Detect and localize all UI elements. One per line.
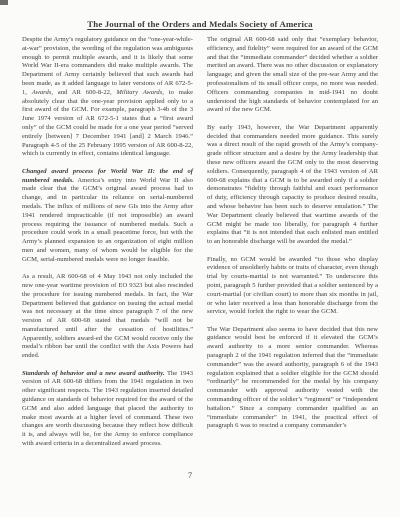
text-run: Awards, xyxy=(32,89,53,96)
text-run: Finally, no GCM would be awarded “to tho… xyxy=(207,256,378,316)
paragraph: As a result, AR 600-68 of 4 May 1943 not… xyxy=(22,273,193,361)
text-run: The 1943 version of AR 600-68 differs fr… xyxy=(22,370,193,447)
text-run: By early 1943, however, the War Departme… xyxy=(207,124,378,245)
text-run: The War Department also seems to have de… xyxy=(207,326,378,430)
paragraph: Despite the Army’s regulatory guidance o… xyxy=(22,36,193,159)
scan-artifact xyxy=(0,0,8,5)
text-run: Military Awards, xyxy=(116,89,164,96)
text-run: Despite the Army’s regulatory guidance o… xyxy=(22,36,193,96)
text-run: and AR 600-8-22, xyxy=(53,89,116,96)
two-column-body: Despite the Army’s regulatory guidance o… xyxy=(22,36,378,457)
page-header: The Journal of the Orders and Medals Soc… xyxy=(0,14,400,32)
text-run: to make absolutely clear that the one-ye… xyxy=(22,89,193,158)
paragraph: The original AR 600-68 said only that “e… xyxy=(207,36,378,115)
paragraph: By early 1943, however, the War Departme… xyxy=(207,124,378,247)
page-number: 7 xyxy=(188,471,192,480)
journal-title: The Journal of the Orders and Medals Soc… xyxy=(87,19,312,29)
paragraph: The War Department also seems to have de… xyxy=(207,326,378,432)
journal-page: The Journal of the Orders and Medals Soc… xyxy=(0,0,400,517)
text-run: The original AR 600-68 said only that “e… xyxy=(207,36,378,113)
paragraph: Finally, no GCM would be awarded “to tho… xyxy=(207,256,378,318)
text-run: America’s entry into World War II also m… xyxy=(22,177,193,263)
text-run: As a result, AR 600-68 of 4 May 1943 not… xyxy=(22,273,193,359)
left-column: Despite the Army’s regulatory guidance o… xyxy=(22,36,193,457)
paragraph: Changed award process for World War II: … xyxy=(22,168,193,265)
right-column: The original AR 600-68 said only that “e… xyxy=(207,36,378,457)
section-heading-run: Standards of behavior and a new award au… xyxy=(22,370,165,377)
paragraph: Standards of behavior and a new award au… xyxy=(22,370,193,449)
